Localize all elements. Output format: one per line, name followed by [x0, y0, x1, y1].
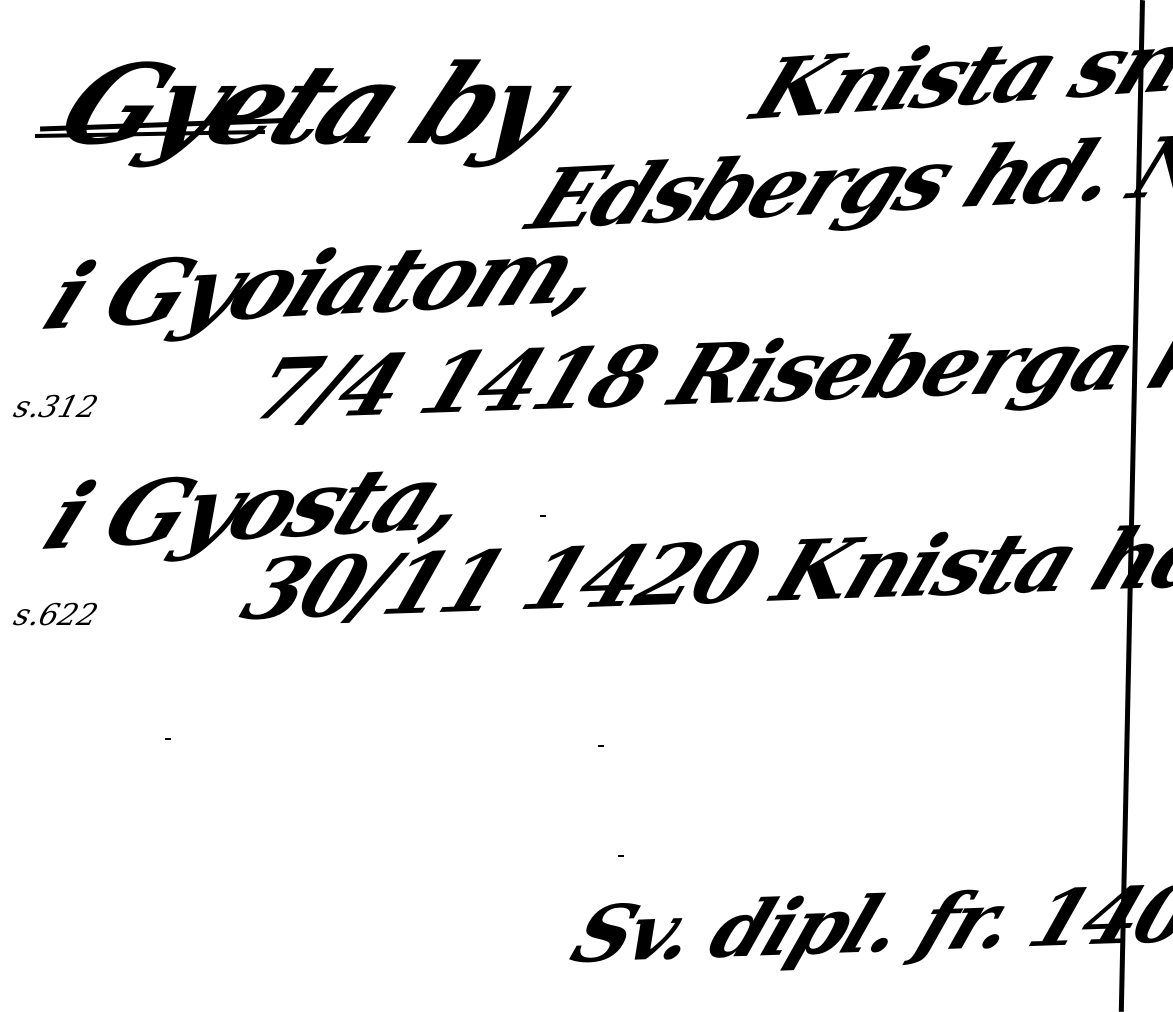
entry-2-place: Knista hds ting.	[761, 497, 1173, 621]
index-card: Gyeta by Knista sn. Edsbergs hd. Nrk. i …	[0, 0, 1173, 1012]
place-name-title: Gyeta by	[40, 40, 581, 169]
parish-label: Knista sn.	[740, 10, 1173, 139]
entry-2-reference: s.622	[10, 598, 102, 633]
scan-speck	[165, 738, 171, 740]
entry-1-date: 7/4 1418	[240, 327, 668, 439]
scan-speck	[598, 745, 604, 747]
scan-speck	[618, 855, 624, 857]
entry-2-date: 30/11 1420	[230, 523, 771, 639]
source-citation: Sv. dipl. fr. 1401. III.	[560, 861, 1173, 981]
entry-1-place: Riseberga kloster.	[658, 298, 1173, 425]
entry-1-reference: s.312	[10, 390, 102, 425]
scan-speck	[540, 515, 546, 517]
